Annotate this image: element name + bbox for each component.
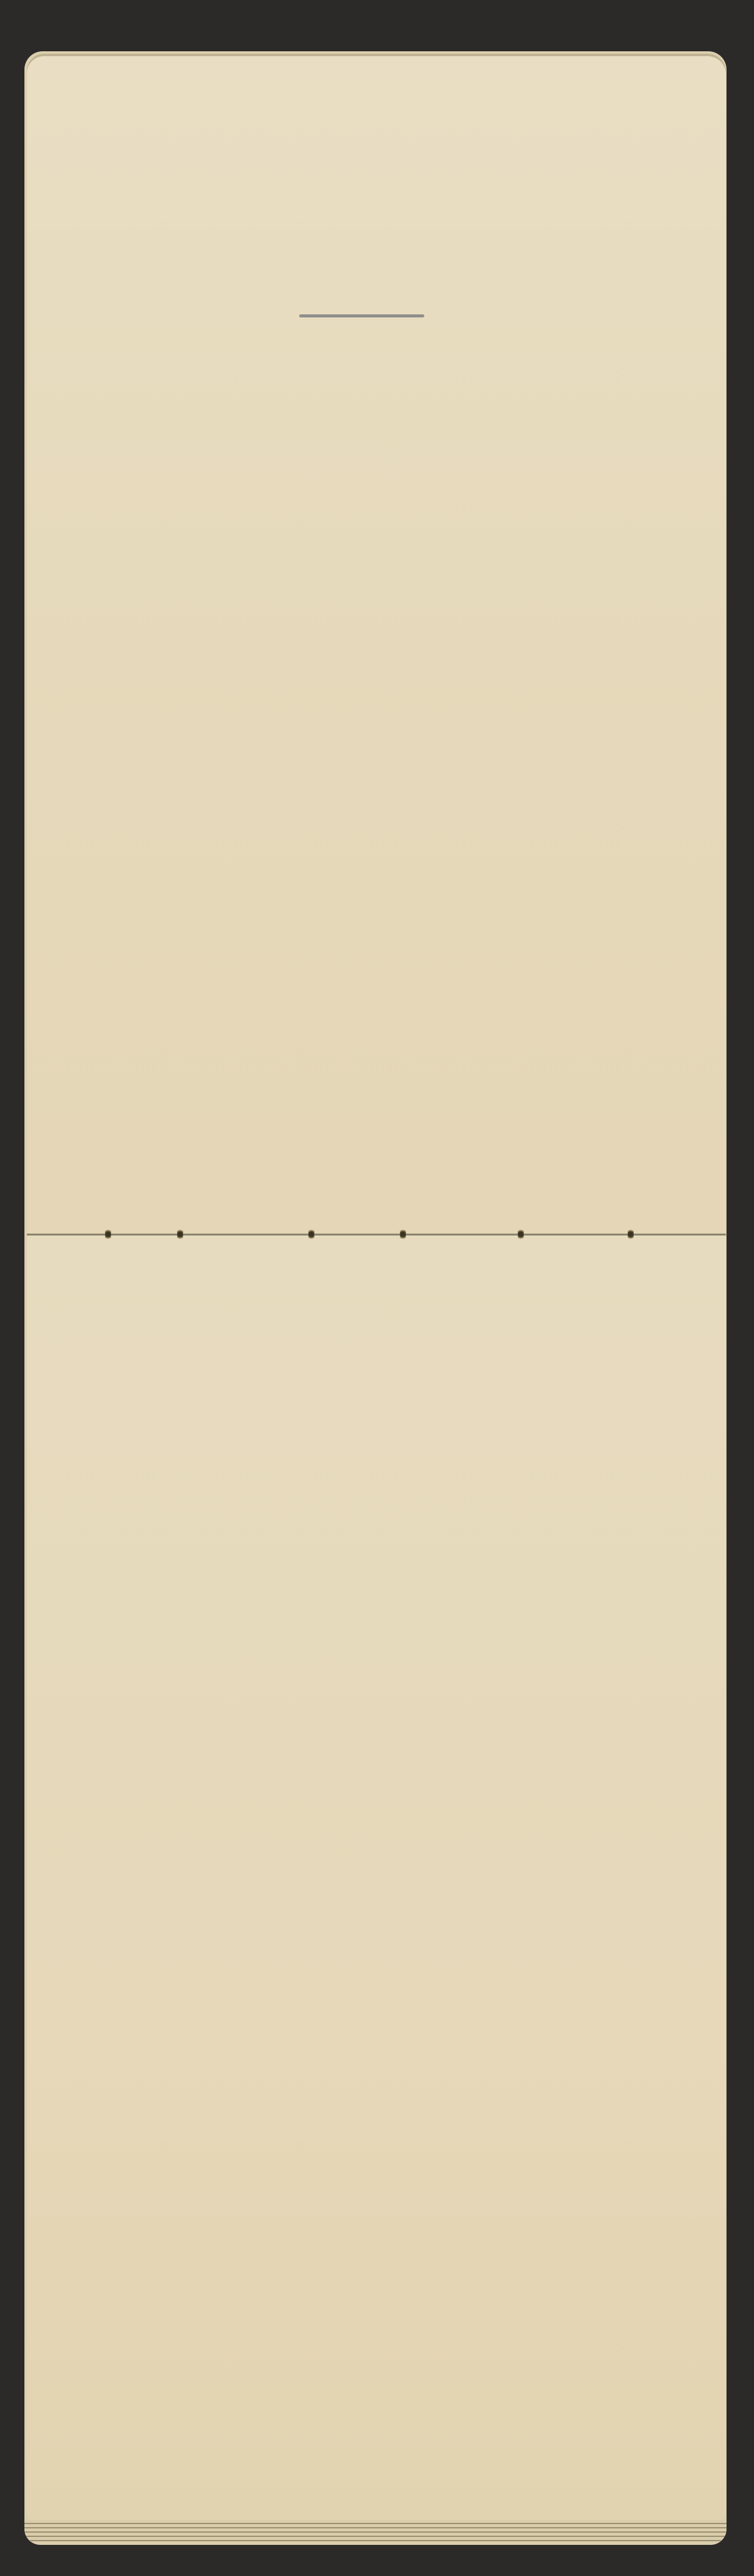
page-edges [24,2520,727,2543]
binding-stitch [518,1228,524,1240]
title-underline [299,314,424,317]
binding-stitch [400,1228,406,1240]
binding-stitch [177,1228,183,1240]
binding-fold [27,1234,726,1236]
binding-stitch [105,1228,111,1240]
notebook-bottom-page [27,1234,726,2527]
notebook-top-page [27,54,726,1233]
binding-stitch [308,1228,314,1240]
binding-stitch [628,1228,634,1240]
